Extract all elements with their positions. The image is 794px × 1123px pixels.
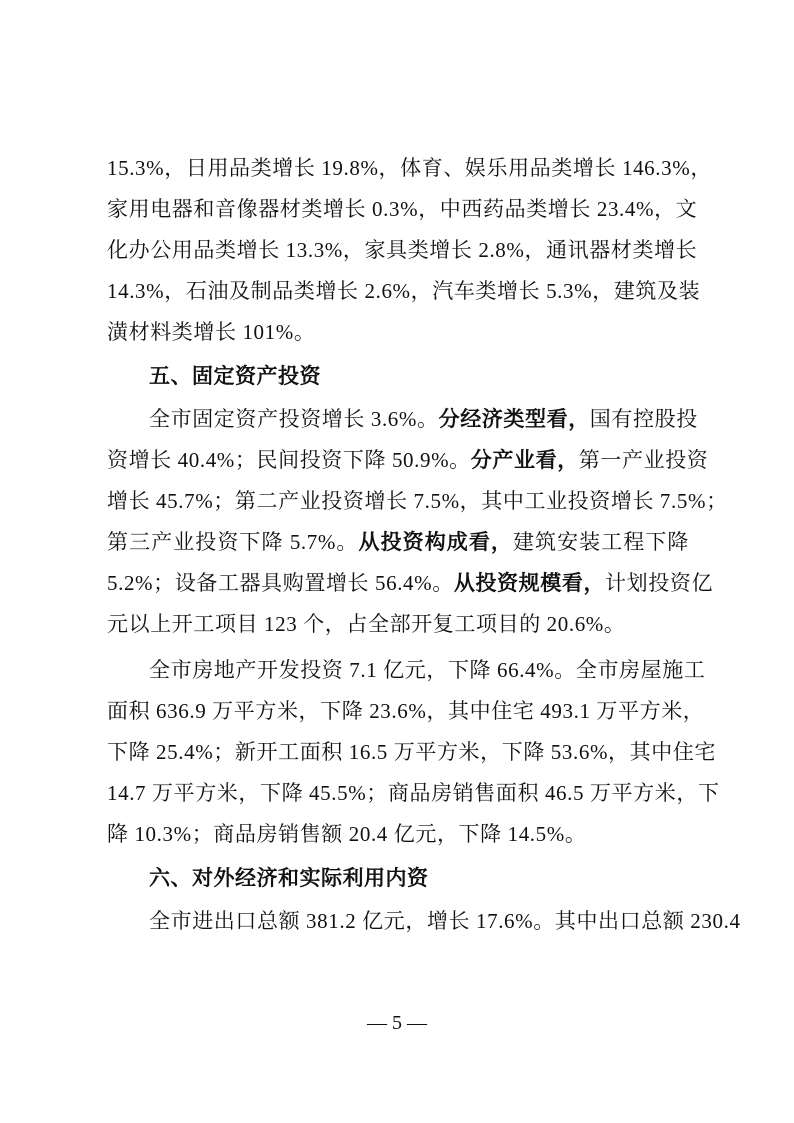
text-line: 5.2%；设备工器具购置增长 56.4%。从投资规模看，计划投资亿	[107, 563, 689, 604]
text-line: 增长 45.7%；第二产业投资增长 7.5%，其中工业投资增长 7.5%；	[107, 481, 689, 522]
text-line: 资增长 40.4%；民间投资下降 50.9%。分产业看，第一产业投资	[107, 440, 689, 481]
document-page: 15.3%，日用品类增长 19.8%，体育、娱乐用品类增长 146.3%， 家用…	[107, 148, 689, 942]
text-line: 降 10.3%；商品房销售额 20.4 亿元，下降 14.5%。	[107, 814, 689, 855]
text-span: 资增长 40.4%；民间投资下降 50.9%。	[107, 448, 471, 472]
text-line: 家用电器和音像器材类增长 0.3%，中西药品类增长 23.4%，文	[107, 189, 689, 230]
text-span: 计划投资亿	[605, 571, 713, 595]
text-span: 5.2%；设备工器具购置增长 56.4%。	[107, 571, 454, 595]
text-line: 15.3%，日用品类增长 19.8%，体育、娱乐用品类增长 146.3%，	[107, 148, 689, 189]
text-line: 下降 25.4%；新开工面积 16.5 万平方米，下降 53.6%，其中住宅	[107, 732, 689, 773]
paragraph-foreign-trade: 全市进出口总额 381.2 亿元，增长 17.6%。其中出口总额 230.4	[107, 901, 689, 942]
text-span: 第三产业投资下降 5.7%。	[107, 530, 359, 554]
text-line: 面积 636.9 万平方米，下降 23.6%，其中住宅 493.1 万平方米，	[107, 691, 689, 732]
section-heading-foreign-economy: 六、对外经济和实际利用内资	[107, 855, 689, 901]
text-line: 全市进出口总额 381.2 亿元，增长 17.6%。其中出口总额 230.4	[107, 901, 689, 942]
bold-emphasis: 分产业看，	[471, 448, 579, 472]
text-line: 潢材料类增长 101%。	[107, 312, 689, 353]
text-line: 全市房地产开发投资 7.1 亿元，下降 66.4%。全市房屋施工	[107, 650, 689, 691]
page-number: — 5 —	[0, 1012, 794, 1035]
paragraph-real-estate: 全市房地产开发投资 7.1 亿元，下降 66.4%。全市房屋施工 面积 636.…	[107, 650, 689, 855]
bold-emphasis: 分经济类型看，	[439, 407, 590, 431]
bold-emphasis: 从投资构成看，	[359, 530, 513, 554]
bold-emphasis: 从投资规模看，	[454, 571, 605, 595]
text-line: 全市固定资产投资增长 3.6%。分经济类型看，国有控股投	[107, 399, 689, 440]
text-line: 14.7 万平方米，下降 45.5%；商品房销售面积 46.5 万平方米，下	[107, 773, 689, 814]
text-line: 第三产业投资下降 5.7%。从投资构成看，建筑安装工程下降	[107, 522, 689, 563]
paragraph-fixed-asset-investment: 全市固定资产投资增长 3.6%。分经济类型看，国有控股投 资增长 40.4%；民…	[107, 399, 689, 645]
text-span: 全市固定资产投资增长 3.6%。	[149, 407, 439, 431]
text-span: 建筑安装工程下降	[513, 530, 689, 554]
text-span: 第一产业投资	[579, 448, 709, 472]
text-line: 14.3%，石油及制品类增长 2.6%，汽车类增长 5.3%，建筑及装	[107, 271, 689, 312]
text-line: 元以上开工项目 123 个，占全部开复工项目的 20.6%。	[107, 604, 689, 645]
section-heading-fixed-asset-investment: 五、固定资产投资	[107, 353, 689, 399]
text-line: 化办公用品类增长 13.3%，家具类增长 2.8%，通讯器材类增长	[107, 230, 689, 271]
text-span: 国有控股投	[590, 407, 698, 431]
continued-paragraph: 15.3%，日用品类增长 19.8%，体育、娱乐用品类增长 146.3%， 家用…	[107, 148, 689, 353]
